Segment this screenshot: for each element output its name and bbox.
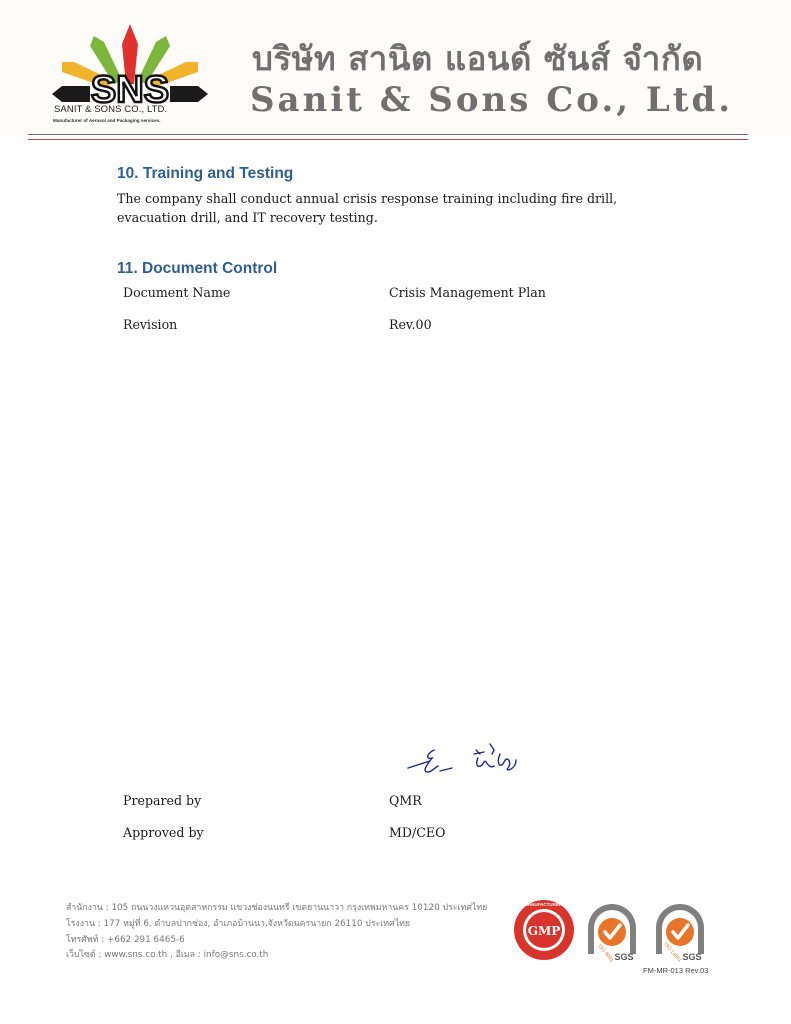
iso-9001-sgs-badge-icon: ISO 9001 SGS xyxy=(580,898,644,962)
sns-logo-icon: SNS xyxy=(50,22,210,132)
footer-web-email: เว็บไซต์ : www.sns.co.th , อีเมล : info@… xyxy=(66,948,487,964)
prepared-by-label: Prepared by xyxy=(123,793,201,808)
section-body-training: The company shall conduct annual crisis … xyxy=(117,189,677,227)
form-code: FM-MR-013 Rev.03 xyxy=(643,966,708,975)
gmp-badge-icon: GMP MANUFACTURING xyxy=(512,898,576,962)
prepared-by-value: QMR xyxy=(389,793,422,808)
document-name-value: Crisis Management Plan xyxy=(389,285,546,300)
logo-company-name: SANIT & SONS CO., LTD. xyxy=(54,104,167,115)
svg-text:MANUFACTURING: MANUFACTURING xyxy=(524,902,564,907)
svg-text:SGS: SGS xyxy=(614,952,633,962)
svg-text:SGS: SGS xyxy=(682,952,701,962)
signature-icon xyxy=(404,740,534,780)
letterhead: SNS SANIT & SONS CO., LTD. Manufacturer … xyxy=(0,0,791,135)
company-name-english: Sanit & Sons Co., Ltd. xyxy=(250,80,733,120)
footer-office-address: สำนักงาน : 105 ถนนวงแหวนอุตสาหกรรม แขวงช… xyxy=(66,901,487,917)
revision-value: Rev.00 xyxy=(389,317,432,332)
footer-phone: โทรศัพท์ : +662 291 6465-6 xyxy=(66,933,487,949)
logo-tagline: Manufacturer of Aerosol and Packaging se… xyxy=(53,118,161,123)
document-page: SNS SANIT & SONS CO., LTD. Manufacturer … xyxy=(0,0,791,1024)
document-name-label: Document Name xyxy=(123,285,230,300)
approved-by-value: MD/CEO xyxy=(389,825,445,840)
svg-text:GMP: GMP xyxy=(528,924,561,938)
svg-text:ISO 9001: ISO 9001 xyxy=(596,943,614,962)
section-heading-document-control: 11. Document Control xyxy=(117,260,277,278)
footer-contact-block: สำนักงาน : 105 ถนนวงแหวนอุตสาหกรรม แขวงช… xyxy=(66,901,487,964)
revision-label: Revision xyxy=(123,317,177,332)
iso-14001-sgs-badge-icon: ISO 14001 SGS xyxy=(648,898,712,962)
header-rule-red xyxy=(28,139,748,140)
section-heading-training: 10. Training and Testing xyxy=(117,165,293,183)
approved-by-label: Approved by xyxy=(123,825,204,840)
header-rule-grey xyxy=(28,134,748,135)
company-name-thai: บริษัท สานิต แอนด์ ซันส์ จำกัด xyxy=(252,32,703,85)
footer-factory-address: โรงงาน : 177 หมู่ที่ 6, ตำบลปากช่อง, อำเ… xyxy=(66,917,487,933)
